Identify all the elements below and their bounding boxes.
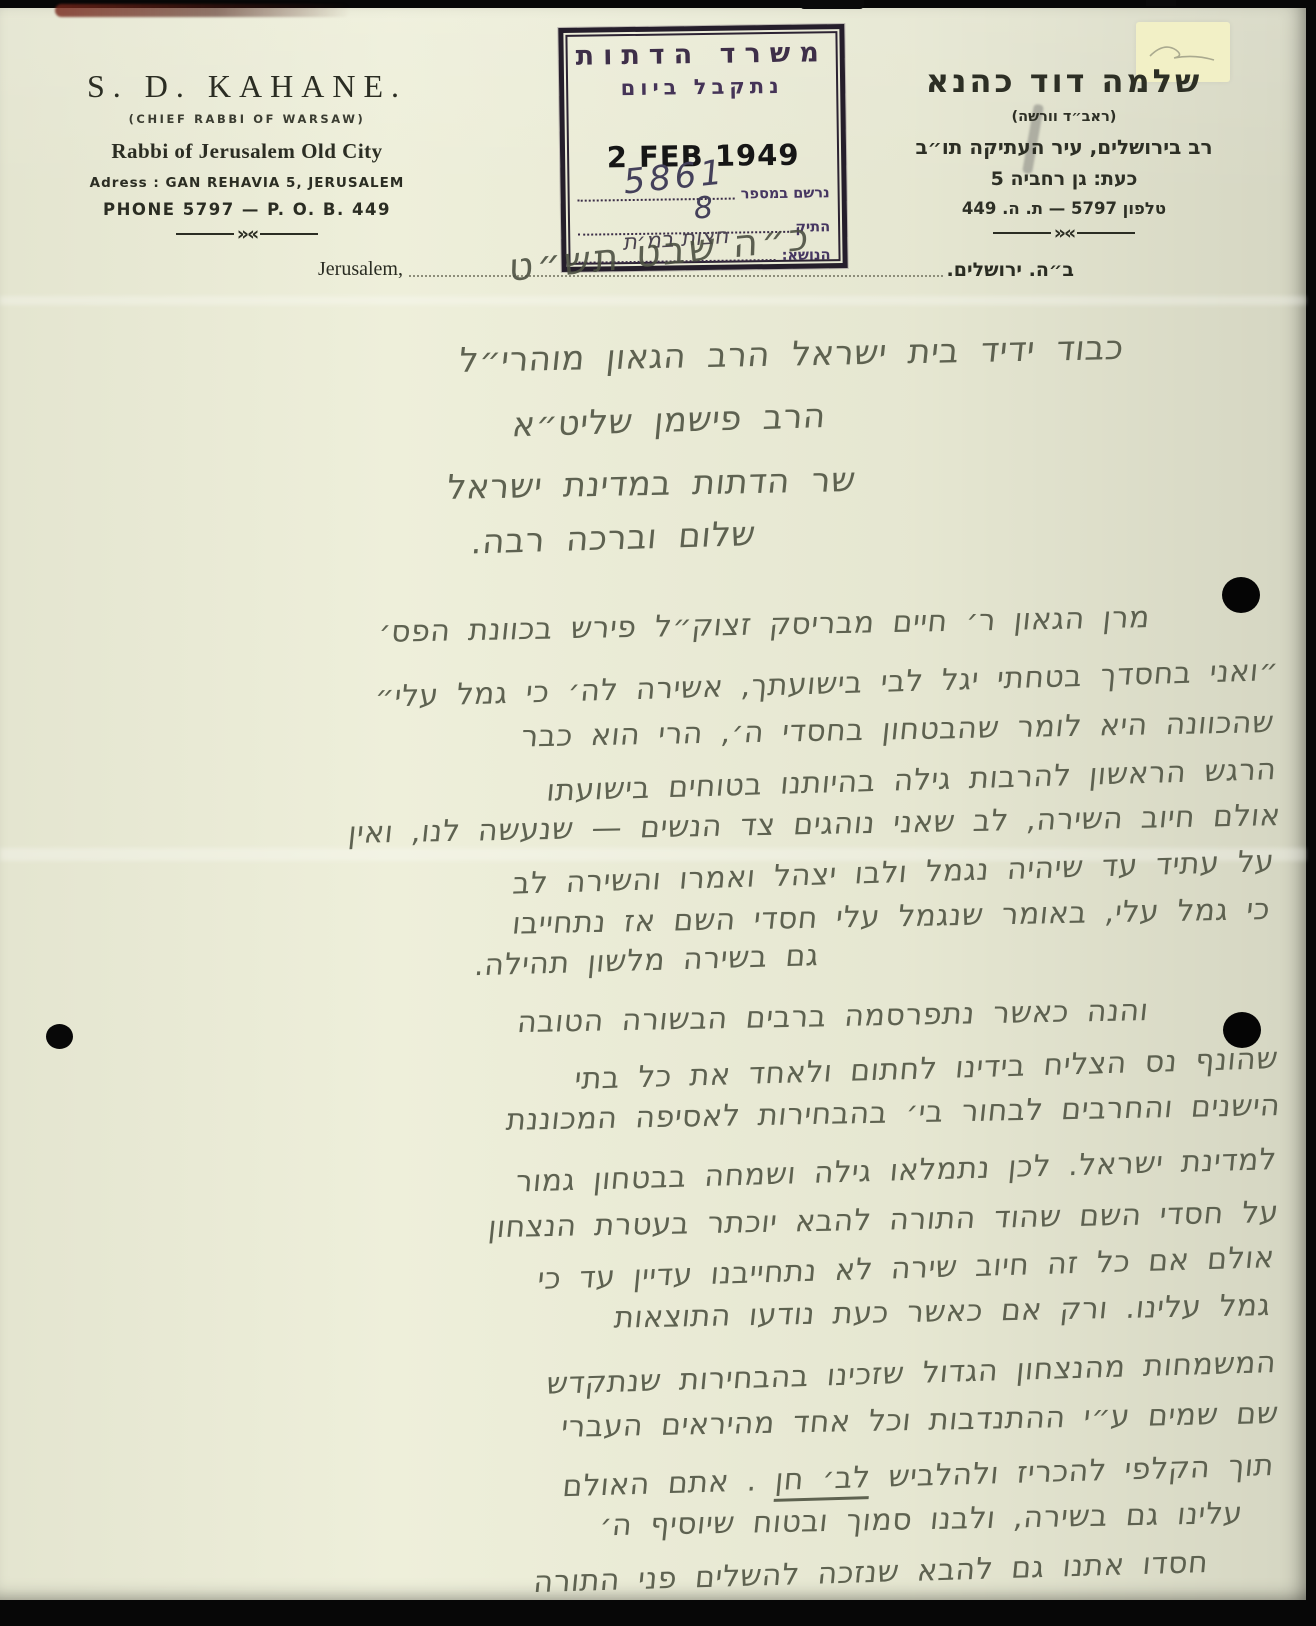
stamp-ministry-title: משרד הדתות [567,37,835,72]
sender-phone-hebrew: טלפון 5797 — ת. ה. 449 [886,199,1242,218]
body-line: מרן הגאון ר׳ חיים מבריסק זצוק״ל פירש בכו… [377,600,1152,650]
body-line: שהכוונה היא לומר שהבטחון בחסדי ה׳, הרי ה… [520,705,1276,755]
salutation-line: הרב פישמן שליט״א [511,396,828,445]
body-line: למדינת ישראל. לכן נתמלאו גילה ושמחה בבטח… [514,1142,1278,1200]
body-line: שם שמים ע״י ההתנדבות וכל אחד מהיראים העב… [559,1396,1280,1445]
sender-address-hebrew: כעת: גן רחביה 5 [886,168,1242,190]
sender-title-english: Rabbi of Jerusalem Old City [84,139,410,164]
body-line: אולם אם כל זה חיוב שירה לא נתחייבנו עדיי… [536,1240,1276,1297]
body-line: והנה כאשר נתפרסמה ברבים הבשורה הטובה [515,993,1150,1040]
salutation-line: כבוד ידיד בית ישראל הרב הגאון מוהרי״ל [457,328,1126,381]
sender-role-english: (CHIEF RABBI OF WARSAW) [84,112,410,126]
sender-address: Adress : GAN REHAVIA 5, JERUSALEM [84,175,410,191]
city-label-hebrew: ב״ה. ירושלים. [947,259,1074,281]
city-label-english: Jerusalem, [318,258,403,281]
stamp-number-label: נרשם במספר [735,185,830,202]
dotted-line [409,275,943,277]
salutation-line: שלום וברכה רבה. [470,514,758,563]
body-line: גם בשירה מלשון תהילה. [472,938,820,983]
stamp-received-label: נתקבל ביום [568,73,836,101]
ink-smudge [55,4,350,17]
body-line: שהונף נס הצליח בידינו לחתום ולאחד את כל … [573,1041,1280,1097]
letter-page: S. D. KAHANE. (CHIEF RABBI OF WARSAW) Ra… [0,8,1306,1600]
sender-title-hebrew: רב בירושלים, עיר העתיקה תו״ב [886,135,1242,159]
body-line-underlined: תוך הקלפי להכריז ולהלביש לב׳ חן . אתם הא… [562,1448,1276,1504]
sender-name-hebrew: שלמה דוד כהנא [886,62,1242,100]
body-line: המשמחות מהנצחון הגדול שזכינו בהבחירות שנ… [545,1345,1278,1402]
letterhead-hebrew: שלמה דוד כהנא (ראב״ד וורשה) רב בירושלים,… [886,62,1242,238]
divider-ornament: »« [886,228,1242,238]
body-line: חסדו אתנו גם להבא שנזכה להשלים פני התורה [532,1545,1210,1600]
sender-phone: PHONE 5797 — P. O. B. 449 [84,200,410,219]
body-line: ״ואני בחסדך בטחתי יגל לבי בישועתך, אשירה… [373,653,1280,715]
letterhead-english: S. D. KAHANE. (CHIEF RABBI OF WARSAW) Ra… [84,68,410,239]
scan-edge-mark [1146,0,1176,6]
hole-punch [1222,577,1260,613]
ink-dot [46,1024,73,1049]
underlined-phrase: לב׳ חן [774,1460,873,1502]
divider-ornament: »« [84,229,410,239]
body-line: אולם חיוב השירה, לב שאני נוהגים צד הנשים… [346,798,1282,851]
body-line: כי גמל עלי, באומר שנגמל עלי חסדי השם אז … [511,892,1272,942]
body-line: גמל עלינו. ורק אם כאשר כעת נודעו התוצאות [612,1288,1272,1336]
sender-role-hebrew: (ראב״ד וורשה) [886,109,1242,125]
scan-edge-mark [800,0,864,9]
sender-name-english: S. D. KAHANE. [84,68,410,105]
paper-crease [0,296,1306,305]
body-line: עלינו גם בשירה, ולבנו סמוך ובטוח שיוסיף … [597,1496,1244,1543]
salutation-line: שר הדתות במדינת ישראל [445,460,858,508]
body-line: על חסדי השם שהוד התורה להבא יוכתר בעטרת … [486,1195,1280,1245]
body-line-segment: תוך הקלפי להכריז ולהלביש [869,1448,1276,1495]
body-line-segment: . אתם האולם [562,1463,778,1504]
scanned-letter: S. D. KAHANE. (CHIEF RABBI OF WARSAW) Ra… [0,0,1316,1626]
